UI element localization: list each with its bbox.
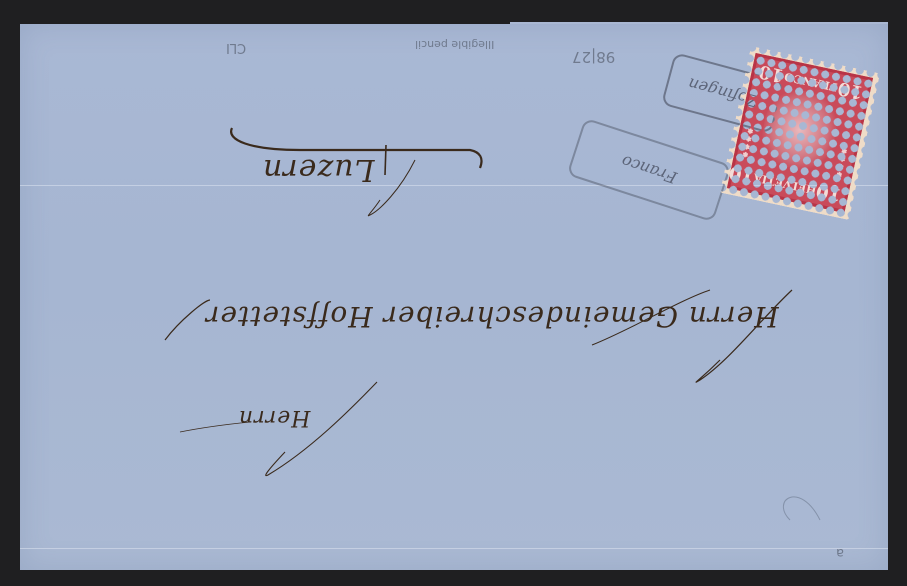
handwriting-flourishes: [0, 0, 907, 586]
address-line-salutation: Herrn: [238, 405, 310, 430]
address-line-recipient: Herrn Gemeindeschreiber Hoffstetter: [205, 300, 779, 333]
address-line-city: Luzern: [262, 152, 374, 187]
